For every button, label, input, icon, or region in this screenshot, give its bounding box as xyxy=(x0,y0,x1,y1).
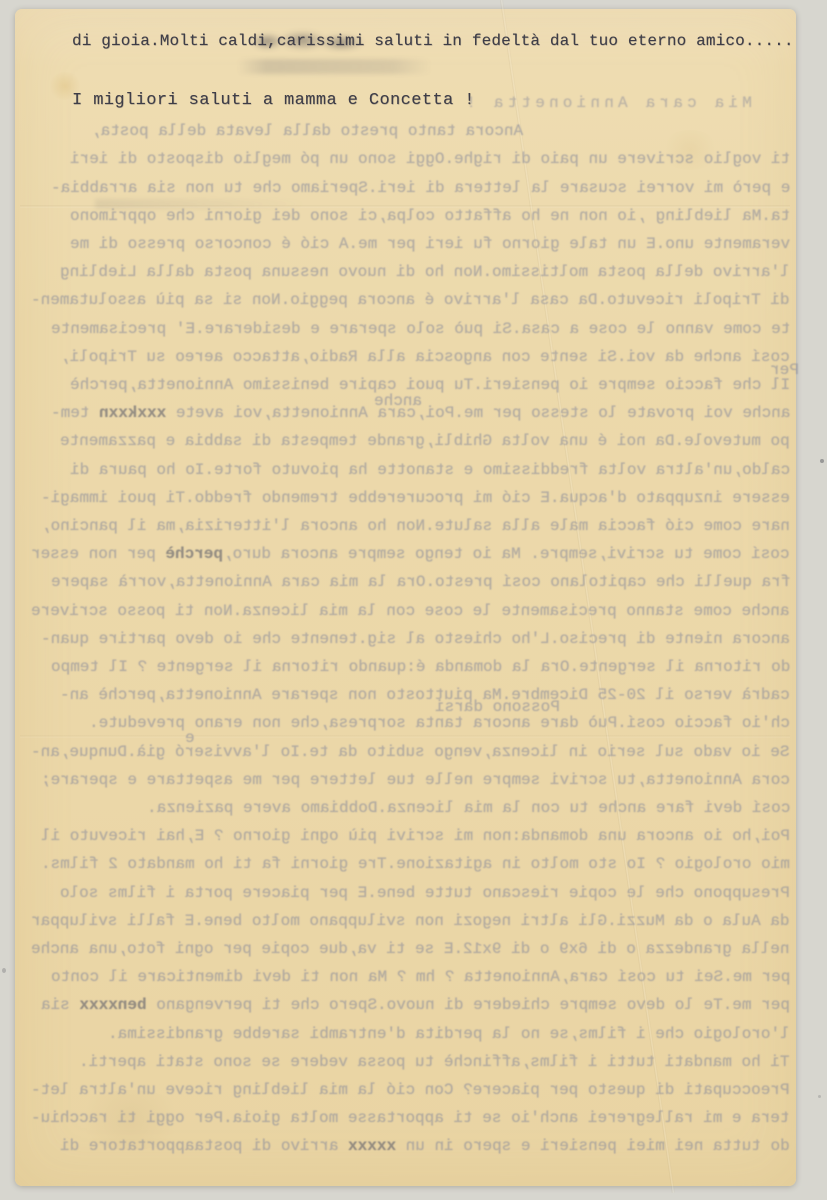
overstruck-word: benxxxx xyxy=(79,996,146,1014)
letter-line-closing: di gioia.Molti caldi,carissimi saluti in… xyxy=(72,31,794,51)
bleedthrough-insertion: e xyxy=(185,728,195,748)
bleedthrough-line: per me.Sei tu cosí cara,Annionetta ? hm … xyxy=(51,967,790,987)
bleedthrough-line: Presuppono che le copie riescano tutte b… xyxy=(60,883,790,903)
overstruck-word: xxxkxxn xyxy=(99,404,166,422)
bleedthrough-line: ti voglio scrivere un paio di righe.Oggi… xyxy=(70,149,790,169)
bleedthrough-line: do ritorna il sergente.Ora la domanda é:… xyxy=(51,657,790,677)
bleedthrough-line: per me.Te lo devo sempre chiedere di nuo… xyxy=(41,995,790,1015)
letter-line-greetings: I migliori saluti a mamma e Concetta ! xyxy=(72,91,475,111)
bleedthrough-line: Mia cara Annionetta ! xyxy=(462,93,752,113)
bleedthrough-insertion: Possono darsi xyxy=(435,697,560,717)
bleedthrough-line: Preoccupati di questo per piacere? Con c… xyxy=(31,1080,790,1100)
bleedthrough-line: Ti ho mandati tutti i films,affinchè tu … xyxy=(79,1052,790,1072)
bleedthrough-line: Se io vado sul serio in licenza,vengo su… xyxy=(31,742,790,762)
scan-speck xyxy=(2,968,6,973)
bleedthrough-line: cadrà verso il 20-25 Dicembre.Ma piuttos… xyxy=(60,685,790,705)
scan-speck xyxy=(818,1095,821,1098)
bleedthrough-line: ta.Ma liebling ,io non ne ho affatto col… xyxy=(70,206,790,226)
bleedthrough-line: nare come ció faccia male alla salute.No… xyxy=(41,516,790,536)
bleedthrough-line: l'orologio che i films,se no la perdita … xyxy=(108,1024,790,1044)
bleedthrough-line: do tutta nei miei pensieri e spero in un… xyxy=(60,1136,790,1156)
bleedthrough-line: te come vanno le cose a casa.Si può solo… xyxy=(51,319,790,339)
bleedthrough-line: Poi,ho io ancora una domanda:non mi scri… xyxy=(41,826,790,846)
bleedthrough-line: cosí come tu scrivi,sempre. Ma io tengo … xyxy=(31,544,790,564)
bleedthrough-line: cora Annionetta,tu scrivi sempre nelle t… xyxy=(41,770,790,790)
bleedthrough-line: caldo,un'altra volta freddissimo e stano… xyxy=(70,460,790,480)
bleedthrough-line: essere inzuppato d'acqua.E ció mi procur… xyxy=(41,488,790,508)
bleedthrough-line: tera e mi rallegrerei anch'io se ti appo… xyxy=(31,1108,790,1128)
bleedthrough-line: l'arrivo della posta moltissimo.Non ho d… xyxy=(60,262,790,282)
bleedthrough-line: Ancora tanto presto dalla levata della p… xyxy=(91,121,523,141)
bleedthrough-line: po mutevole.Da noi é una volta Ghibli,gr… xyxy=(60,431,790,451)
letter-scan-page: Mia cara Annionetta !Ancora tanto presto… xyxy=(0,0,827,1200)
bleedthrough-layer: Mia cara Annionetta !Ancora tanto presto… xyxy=(0,0,827,1200)
bleedthrough-line: ancora niente di preciso.L'ho chiesto al… xyxy=(41,629,790,649)
overstruck-word: xxxxx xyxy=(348,1137,396,1155)
bleedthrough-line: Il che faccio sempre io pensieri.Tu puoi… xyxy=(70,375,790,395)
bleedthrough-line: fra quelli che capitolano cosí presto.Or… xyxy=(51,572,790,592)
bleedthrough-line: mio orologio ? Io sto molto in agitazion… xyxy=(41,854,790,874)
bleedthrough-line: cosí devi fare anche tu con la mia licen… xyxy=(147,798,790,818)
bleedthrough-line: cosí anche da voi.Si sente con angoscia … xyxy=(60,347,790,367)
bleedthrough-line: e però mi vorrei scusare la lettera di i… xyxy=(51,178,790,198)
overstruck-word: perchè xyxy=(166,545,224,563)
bleedthrough-insertion: Per xyxy=(770,360,799,380)
bleedthrough-insertion: anche xyxy=(374,391,422,411)
bleedthrough-line: veramente uno.E un tale giorno fu ieri p… xyxy=(70,234,790,254)
bleedthrough-line: di Tripoli ricevuto.Da casa l'arrivo é a… xyxy=(31,290,790,310)
scan-speck xyxy=(820,459,824,463)
bleedthrough-line: da Aula o da Muzzi.Gli altri negozi non … xyxy=(31,911,790,931)
bleedthrough-line: nella grandezza o di 6x9 o di 9x12.E se … xyxy=(31,939,790,959)
bleedthrough-line: anche come stanno precisamente le cose c… xyxy=(31,601,790,621)
